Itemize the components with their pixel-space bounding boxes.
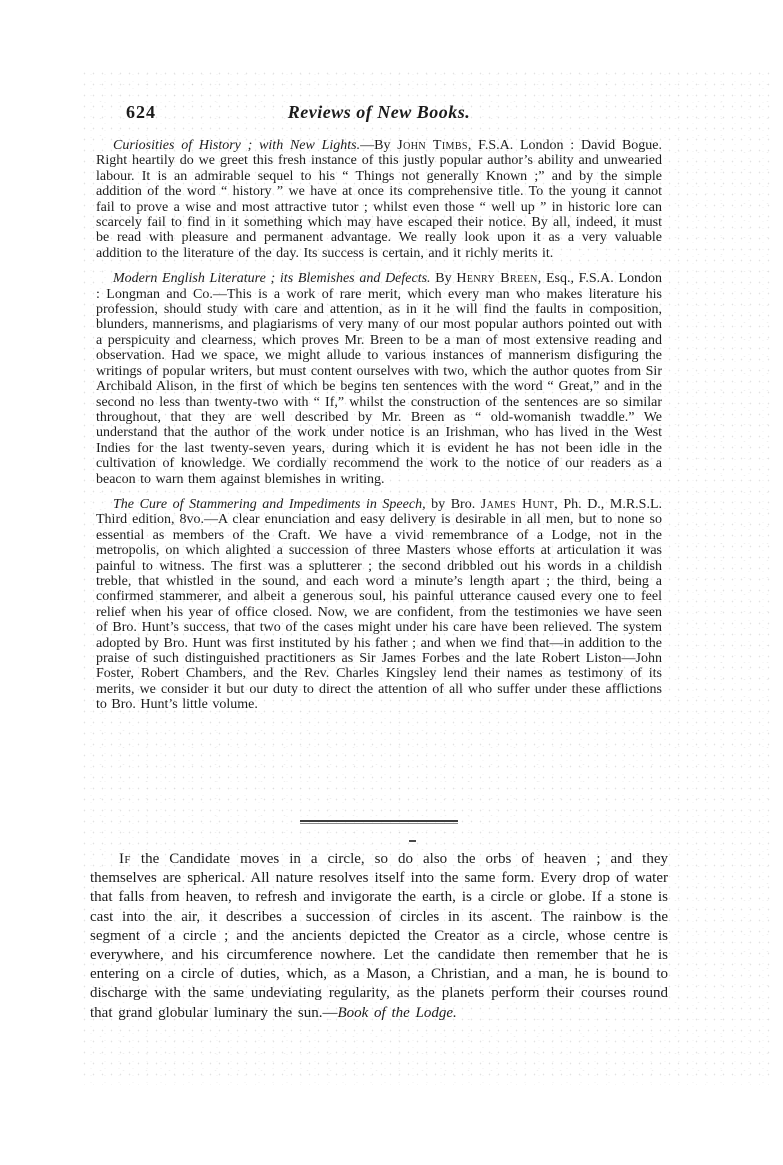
- text-segment-normal: —By: [360, 138, 397, 153]
- text-segment-italic: Book of the Lodge.: [337, 1005, 456, 1021]
- scanned-page: 624 Reviews of New Books. Curiosities of…: [0, 0, 783, 1165]
- text-segment-italic: Modern English Literature ; its Blemishe…: [113, 271, 431, 286]
- text-segment-normal: , Esq., F.S.A. London : Longman and Co.—…: [96, 271, 662, 486]
- text-segment-italic: The Cure of Stammering and Impediments i…: [113, 497, 426, 512]
- text-segment-normal: By: [431, 271, 457, 286]
- review-paragraph-cure-of-stammering: The Cure of Stammering and Impediments i…: [96, 497, 662, 713]
- excerpt-paragraph-book-of-the-lodge: If the Candidate moves in a circle, so d…: [90, 850, 668, 1023]
- review-paragraph-curiosities-of-history: Curiosities of History ; with New Lights…: [96, 138, 662, 261]
- small-dash-mark: [409, 840, 416, 842]
- text-segment-normal: , F.S.A. London : David Bogue. Right hea…: [96, 138, 662, 261]
- review-paragraph-modern-english-literature: Modern English Literature ; its Blemishe…: [96, 271, 662, 487]
- section-divider-rule: [300, 820, 458, 824]
- text-segment-smallcaps: James Hunt: [481, 497, 554, 512]
- text-segment-smallcaps: If: [119, 851, 131, 867]
- text-segment-italic: Curiosities of History ; with New Lights…: [113, 138, 360, 153]
- text-segment-normal: , Ph. D., M.R.S.L. Third edition, 8vo.—A…: [96, 497, 662, 712]
- text-segment-smallcaps: John Timbs: [397, 138, 468, 153]
- running-title: Reviews of New Books.: [96, 102, 662, 123]
- text-segment-normal: the Candidate moves in a circle, so do a…: [90, 851, 668, 1021]
- text-segment-normal: by Bro.: [426, 497, 481, 512]
- text-segment-smallcaps: Henry Breen: [456, 271, 537, 286]
- page-header: 624 Reviews of New Books.: [96, 102, 662, 124]
- reviews-section: Curiosities of History ; with New Lights…: [96, 138, 662, 723]
